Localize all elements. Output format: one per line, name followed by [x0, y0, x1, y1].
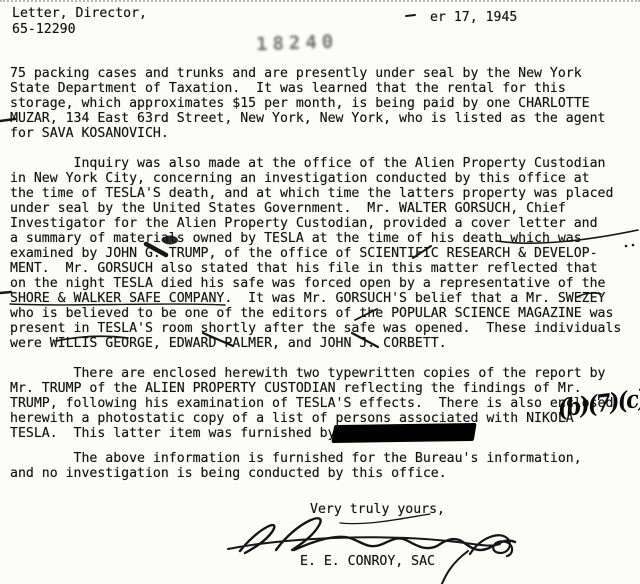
- pencil-dot: [625, 245, 628, 248]
- signature-tail: [441, 551, 468, 584]
- text-line: SHORE & WALKER SAFE COMPANY. It was Mr. …: [10, 291, 621, 306]
- date-dash-mark: [406, 15, 415, 16]
- text-line: for SAVA KOSANOVICH.: [10, 126, 605, 141]
- text-line: on the night TESLA died his safe was for…: [10, 276, 621, 291]
- text-line: a summary of materials owned by TESLA at…: [10, 231, 621, 246]
- pencil-dot: [632, 244, 635, 247]
- text-line: MENT. Mr. GORSUCH also stated that his f…: [10, 261, 621, 276]
- scanned-letter-page: Letter, Director, 65-12290 er 17, 1945 1…: [0, 0, 640, 584]
- paragraph-closing-statement: The above information is furnished for t…: [10, 451, 582, 481]
- text-line: were WILLIS GEORGE, EDWARD PALMER, and J…: [10, 336, 621, 351]
- illegible-stamp: 18240: [256, 31, 339, 56]
- text-line: MUZAR, 134 East 63rd Street, New York, N…: [10, 111, 605, 126]
- redaction-bar: [331, 423, 476, 443]
- text-line: in New York City, concerning an investig…: [10, 171, 621, 186]
- text-line: Investigator for the Alien Property Cust…: [10, 216, 621, 231]
- text-line: Inquiry was also made at the office of t…: [10, 156, 621, 171]
- text-line: The above information is furnished for t…: [10, 451, 582, 466]
- signature-stroke: [294, 537, 515, 550]
- paragraph-inquiry: Inquiry was also made at the office of t…: [10, 156, 621, 351]
- text-line: and no investigation is being conducted …: [10, 466, 582, 481]
- typed-signature-name: E. E. CONROY, SAC: [300, 554, 435, 569]
- text-line: who is believed to be one of the editors…: [10, 306, 621, 321]
- signature-stroke: [228, 537, 500, 549]
- text-line: Mr. TRUMP of the ALIEN PROPERTY CUSTODIA…: [10, 381, 613, 396]
- letter-reference-line: Letter, Director,: [12, 6, 147, 22]
- complimentary-close: Very truly yours,: [310, 502, 445, 517]
- paragraph-enclosures: There are enclosed herewith two typewrit…: [10, 366, 613, 441]
- paragraph-storage: 75 packing cases and trunks and are pres…: [10, 66, 605, 141]
- text-line: examined by JOHN G. TRUMP, of the office…: [10, 246, 621, 261]
- signature-flourish: [470, 535, 512, 556]
- signature-stroke: [240, 525, 274, 553]
- text-line: under seal by the United States Governme…: [10, 201, 621, 216]
- signature-stroke: [276, 518, 321, 550]
- text-line-redacted: TESLA. This latter item was furnished by: [10, 426, 613, 441]
- text-line: present in TESLA'S room shortly after th…: [10, 321, 621, 336]
- text-line: the time of TESLA'S death, and at which …: [10, 186, 621, 201]
- file-number: 65-12290: [12, 22, 147, 38]
- text-line: 75 packing cases and trunks and are pres…: [10, 66, 605, 81]
- text-line: TRUMP, following his examination of TESL…: [10, 396, 613, 411]
- text-line: herewith a photostatic copy of a list of…: [10, 411, 613, 426]
- signature-autograph: [228, 518, 515, 584]
- letter-date-partial: er 17, 1945: [430, 10, 517, 25]
- text-line: There are enclosed herewith two typewrit…: [10, 366, 613, 381]
- text-line: State Department of Taxation. It was lea…: [10, 81, 605, 96]
- text-line: storage, which approximates $15 per mont…: [10, 96, 605, 111]
- header-reference-block: Letter, Director, 65-12290: [12, 6, 147, 38]
